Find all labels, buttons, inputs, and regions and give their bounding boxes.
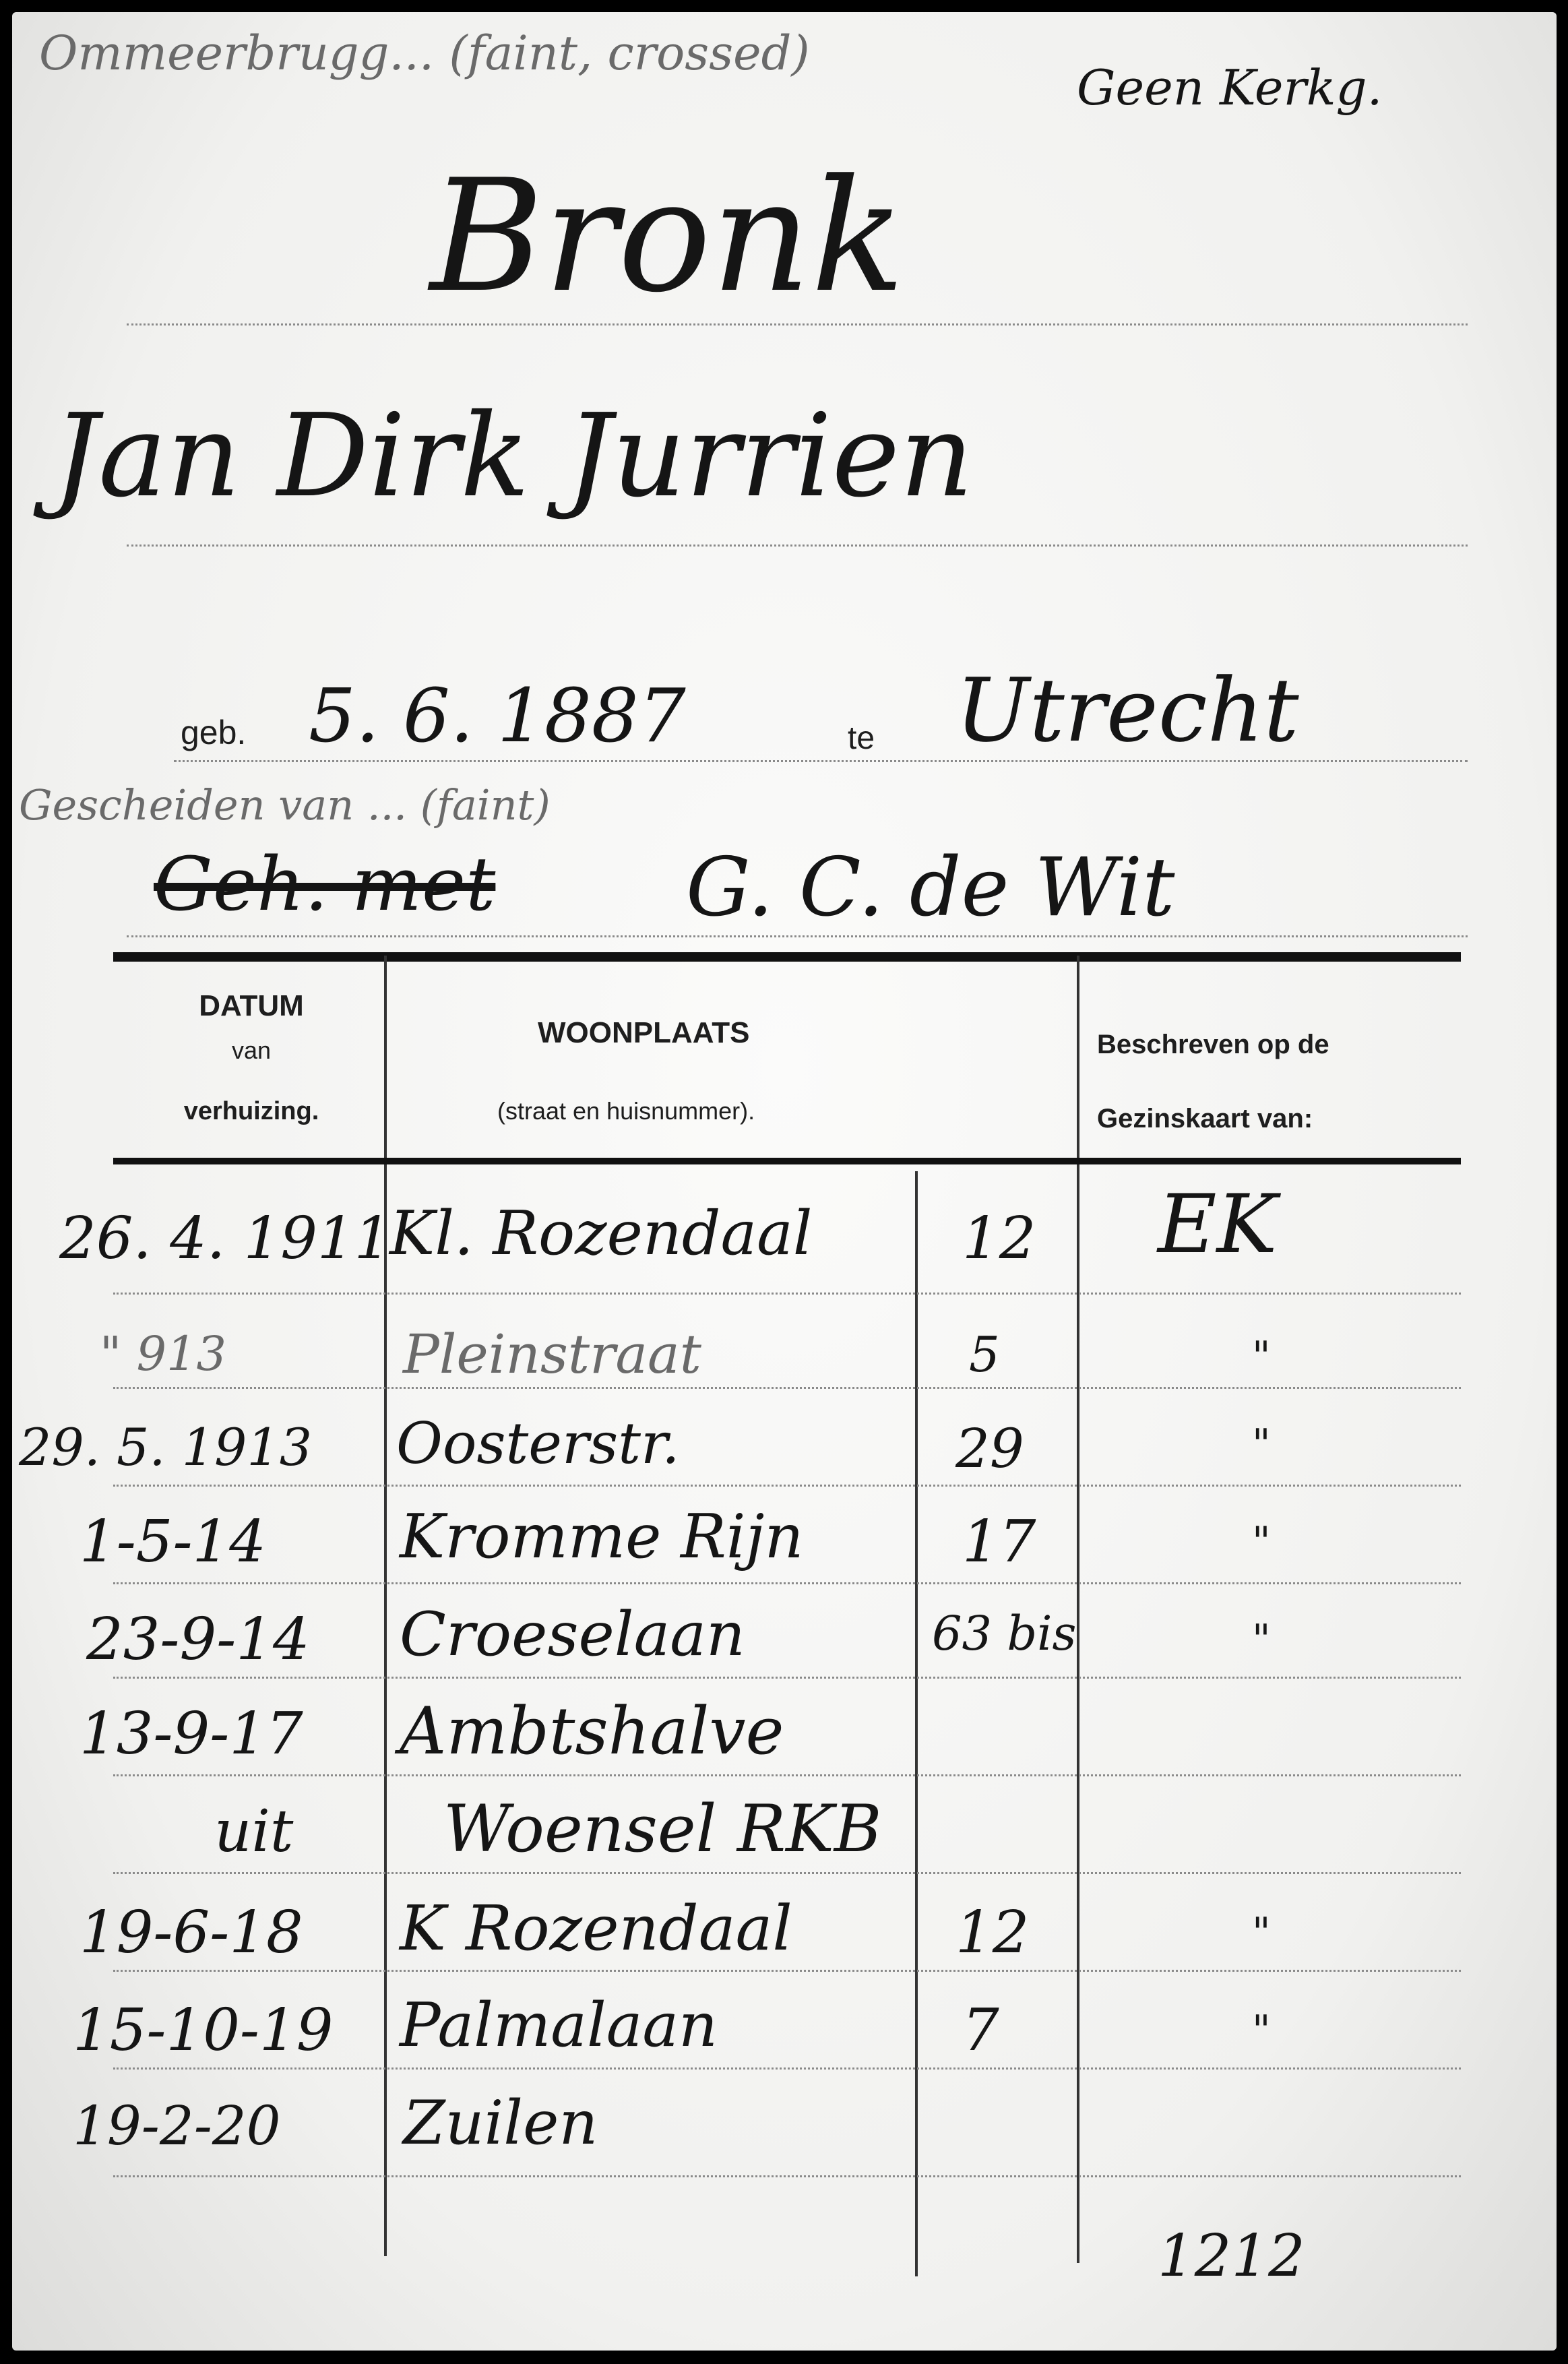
row-date: " 913 [100,1326,226,1381]
header-bottom-rule [113,1158,1461,1164]
row-date: 15-10-19 [73,1997,333,2064]
divorce-note: Gescheiden van ... (faint) [19,780,551,830]
header-straat: (straat en huisnummer). [497,1097,755,1125]
row-gezinskaart: EK [1158,1178,1277,1272]
row-gezinskaart: " [1252,1421,1271,1468]
row-date: 19-2-20 [73,2094,281,2157]
row-line [113,1293,1461,1295]
row-date: 19-6-18 [80,1899,303,1966]
row-date: 23-9-14 [86,1606,310,1673]
row-line [113,1387,1461,1389]
row-date: 26. 4. 1911 [59,1205,391,1272]
header-gezinskaart: Gezinskaart van: [1097,1104,1313,1134]
given-names-line [127,545,1468,547]
registration-card: Ommeerbrugg... (faint, crossed) Geen Ker… [12,12,1557,2351]
row-number: 63 bis [932,1606,1076,1661]
birth-place: Utrecht [955,659,1299,761]
col-divider-number [915,1171,918,2276]
footer-note: 1212 [1158,2222,1305,2290]
col-divider-2 [1077,956,1079,2263]
row-street: Palmalaan [400,1990,718,2061]
row-gezinskaart: " [1252,1616,1271,1663]
marriage-note-struck: Geh. met [154,841,495,927]
row-date: uit [214,1798,293,1865]
birth-line [174,760,1468,762]
row-line [113,1970,1461,1972]
table-top-rule [113,952,1461,962]
row-date: 13-9-17 [80,1700,303,1768]
row-gezinskaart: " [1252,1909,1271,1956]
row-gezinskaart: " [1252,1333,1271,1380]
row-number: 5 [969,1326,1000,1383]
row-number: 29 [955,1417,1024,1480]
header-van: van [160,1036,342,1065]
birth-place-label: te [848,720,875,757]
row-number: 17 [962,1508,1036,1576]
row-street: Oosterstr. [396,1410,680,1476]
top-right-note: Geen Kerkg. [1077,59,1382,116]
marriage-note: G. C. de Wit [686,841,1175,935]
row-line [113,2067,1461,2070]
given-names: Jan Dirk Jurrien [53,390,974,523]
top-left-note: Ommeerbrugg... (faint, crossed) [39,26,810,81]
row-street: K Rozendaal [400,1892,792,1964]
row-line [113,2175,1461,2177]
header-woonplaats: WOONPLAATS [538,1016,750,1050]
header-beschreven: Beschreven op de [1097,1030,1329,1060]
row-number: 12 [955,1899,1029,1966]
row-gezinskaart: " [1252,2007,1271,2054]
surname: Bronk [430,147,905,327]
row-street: Ambtshalve [400,1693,784,1769]
header-datum: DATUM [160,989,342,1023]
marriage-line [127,935,1468,937]
row-street: Zuilen [403,2088,598,2158]
row-line [113,1677,1461,1679]
row-date: 1-5-14 [80,1508,266,1576]
row-street: Kl. Rozendaal [389,1198,813,1269]
birth-label: geb. [181,713,246,752]
row-date: 29. 5. 1913 [19,1417,312,1477]
row-street: Croeselaan [400,1599,745,1670]
row-street: Pleinstraat [403,1323,701,1386]
row-line [113,1485,1461,1487]
row-street: Woensel RKB [443,1791,881,1867]
birth-date: 5. 6. 1887 [309,673,686,759]
header-verhuizing: verhuizing. [140,1097,363,1126]
row-line [113,1774,1461,1776]
col-divider-1 [384,956,387,2256]
row-line [113,1582,1461,1584]
row-number: 12 [962,1205,1036,1272]
row-number: 7 [962,1997,999,2064]
row-gezinskaart: " [1252,1518,1271,1565]
surname-line [127,323,1468,325]
row-street: Kromme Rijn [400,1501,803,1572]
row-line [113,1872,1461,1874]
